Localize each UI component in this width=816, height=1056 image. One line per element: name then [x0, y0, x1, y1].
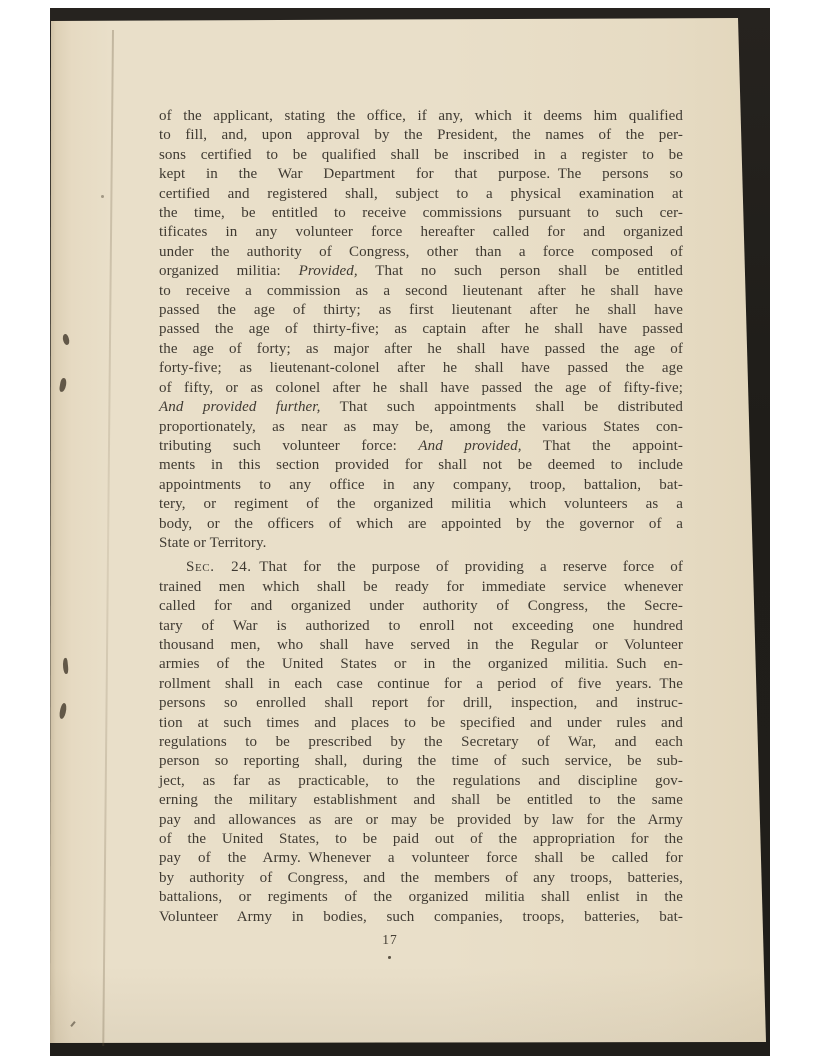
- text-segment: passed the age of thirty; as first lieut…: [159, 302, 683, 318]
- text-segment: thousand men, who shall have served in t…: [159, 637, 683, 653]
- text-line: forty-five; as lieutenant-colonel after …: [159, 359, 683, 378]
- text-line: tificates in any volunteer force hereaft…: [159, 223, 683, 242]
- text-segment: appointments to any office in any compan…: [159, 477, 683, 493]
- text-line: person so reporting shall, during the ti…: [159, 752, 683, 771]
- text-line: tery, or regiment of the organized milit…: [159, 495, 683, 514]
- text-line: tributing such volunteer force: And prov…: [159, 437, 683, 456]
- italic-phrase: And provided further,: [159, 399, 320, 415]
- text-segment: by authority of Congress, and the member…: [159, 870, 683, 886]
- text-line: sons certified to be qualified shall be …: [159, 146, 683, 165]
- text-line: regulations to be prescribed by the Secr…: [159, 733, 683, 752]
- text-segment: pay and allowances as are or may be prov…: [159, 812, 683, 828]
- text-segment: called for and organized under authority…: [159, 598, 683, 614]
- text-segment: forty-five; as lieutenant-colonel after …: [159, 360, 683, 376]
- text-segment: battalions, or regiments of the organize…: [159, 889, 683, 905]
- text-line: passed the age of thirty-five; as captai…: [159, 320, 683, 339]
- text-segment: That for the purpose of providing a rese…: [252, 559, 683, 575]
- text-line: the time, be entitled to receive commiss…: [159, 204, 683, 223]
- text-segment: of fifty, or as colonel after he shall h…: [159, 380, 683, 396]
- text-segment: armies of the United States or in the or…: [159, 656, 683, 672]
- text-line: ject, as far as practicable, to the regu…: [159, 772, 683, 791]
- text-segment: regulations to be prescribed by the Secr…: [159, 734, 683, 750]
- text-line: to receive a commission as a second lieu…: [159, 282, 683, 301]
- text-line: trained men which shall be ready for imm…: [159, 578, 683, 597]
- text-line: appointments to any office in any compan…: [159, 476, 683, 495]
- text-line: State or Territory.: [159, 534, 683, 553]
- text-segment: body, or the officers of which are appoi…: [159, 516, 683, 532]
- text-line: passed the age of thirty; as first lieut…: [159, 301, 683, 320]
- text-line: rollment shall in each case continue for…: [159, 675, 683, 694]
- text-line: proportionately, as near as may be, amon…: [159, 418, 683, 437]
- text-line: of fifty, or as colonel after he shall h…: [159, 379, 683, 398]
- text-segment: of the United States, to be paid out of …: [159, 831, 683, 847]
- text-line: erning the military establishment and sh…: [159, 791, 683, 810]
- page-number: 17: [350, 932, 430, 948]
- text-line: persons so enrolled shall report for dri…: [159, 694, 683, 713]
- text-line: by authority of Congress, and the member…: [159, 869, 683, 888]
- italic-phrase: And provided,: [418, 438, 521, 454]
- text-line: called for and organized under authority…: [159, 597, 683, 616]
- italic-phrase: Provided,: [299, 263, 358, 279]
- text-line: under the authority of Congress, other t…: [159, 243, 683, 262]
- text-line: certified and registered shall, subject …: [159, 185, 683, 204]
- text-segment: trained men which shall be ready for imm…: [159, 579, 683, 595]
- text-segment: sons certified to be qualified shall be …: [159, 147, 683, 163]
- text-segment: That such appointments shall be distribu…: [320, 399, 683, 415]
- text-segment: to receive a commission as a second lieu…: [159, 283, 683, 299]
- text-segment: That no such person shall be entitled: [358, 263, 683, 279]
- text-segment: organized militia:: [159, 263, 299, 279]
- text-line: of the applicant, stating the office, if…: [159, 107, 683, 126]
- scanned-page: of the applicant, stating the office, if…: [0, 0, 816, 1056]
- text-segment: proportionately, as near as may be, amon…: [159, 419, 683, 435]
- para-2: Sec. 24. That for the purpose of providi…: [159, 558, 683, 927]
- text-segment: erning the military establishment and sh…: [159, 792, 683, 808]
- text-line: the age of forty; as major after he shal…: [159, 340, 683, 359]
- text-line: kept in the War Department for that purp…: [159, 165, 683, 184]
- text-segment: ments in this section provided for shall…: [159, 457, 683, 473]
- text-line: pay and allowances as are or may be prov…: [159, 811, 683, 830]
- text-segment: the age of forty; as major after he shal…: [159, 341, 683, 357]
- section-label: Sec. 24.: [186, 559, 252, 575]
- text-line: tary of War is authorized to enroll not …: [159, 617, 683, 636]
- paper-speck: [101, 195, 104, 198]
- text-segment: tion at such times and places to be spec…: [159, 715, 683, 731]
- text-segment: to fill, and, upon approval by the Presi…: [159, 127, 683, 143]
- text-line: body, or the officers of which are appoi…: [159, 515, 683, 534]
- text-line: battalions, or regiments of the organize…: [159, 888, 683, 907]
- text-segment: person so reporting shall, during the ti…: [159, 753, 683, 769]
- text-segment: tributing such volunteer force:: [159, 438, 418, 454]
- para-1: of the applicant, stating the office, if…: [159, 107, 683, 553]
- text-line: ments in this section provided for shall…: [159, 456, 683, 475]
- text-line: tion at such times and places to be spec…: [159, 714, 683, 733]
- text-segment: tificates in any volunteer force hereaft…: [159, 224, 683, 240]
- text-segment: under the authority of Congress, other t…: [159, 244, 683, 260]
- text-segment: kept in the War Department for that purp…: [159, 166, 683, 182]
- text-segment: State or Territory.: [159, 535, 267, 551]
- text-line: of the United States, to be paid out of …: [159, 830, 683, 849]
- text-line: Volunteer Army in bodies, such companies…: [159, 908, 683, 927]
- text-line: And provided further, That such appointm…: [159, 398, 683, 417]
- text-line: armies of the United States or in the or…: [159, 655, 683, 674]
- text-segment: pay of the Army. Whenever a volunteer fo…: [159, 850, 683, 866]
- text-segment: tary of War is authorized to enroll not …: [159, 618, 683, 634]
- body-text: of the applicant, stating the office, if…: [159, 107, 683, 927]
- text-segment: That the appoint-: [522, 438, 683, 454]
- text-segment: persons so enrolled shall report for dri…: [159, 695, 683, 711]
- text-segment: rollment shall in each case continue for…: [159, 676, 683, 692]
- text-line: Sec. 24. That for the purpose of providi…: [159, 558, 683, 577]
- text-segment: ject, as far as practicable, to the regu…: [159, 773, 683, 789]
- text-line: organized militia: Provided, That no suc…: [159, 262, 683, 281]
- text-segment: passed the age of thirty-five; as captai…: [159, 321, 683, 337]
- text-line: to fill, and, upon approval by the Presi…: [159, 126, 683, 145]
- text-segment: of the applicant, stating the office, if…: [159, 108, 683, 124]
- text-segment: certified and registered shall, subject …: [159, 186, 683, 202]
- text-segment: Volunteer Army in bodies, such companies…: [159, 909, 683, 925]
- text-line: pay of the Army. Whenever a volunteer fo…: [159, 849, 683, 868]
- text-segment: tery, or regiment of the organized milit…: [159, 496, 683, 512]
- text-line: thousand men, who shall have served in t…: [159, 636, 683, 655]
- text-segment: the time, be entitled to receive commiss…: [159, 205, 683, 221]
